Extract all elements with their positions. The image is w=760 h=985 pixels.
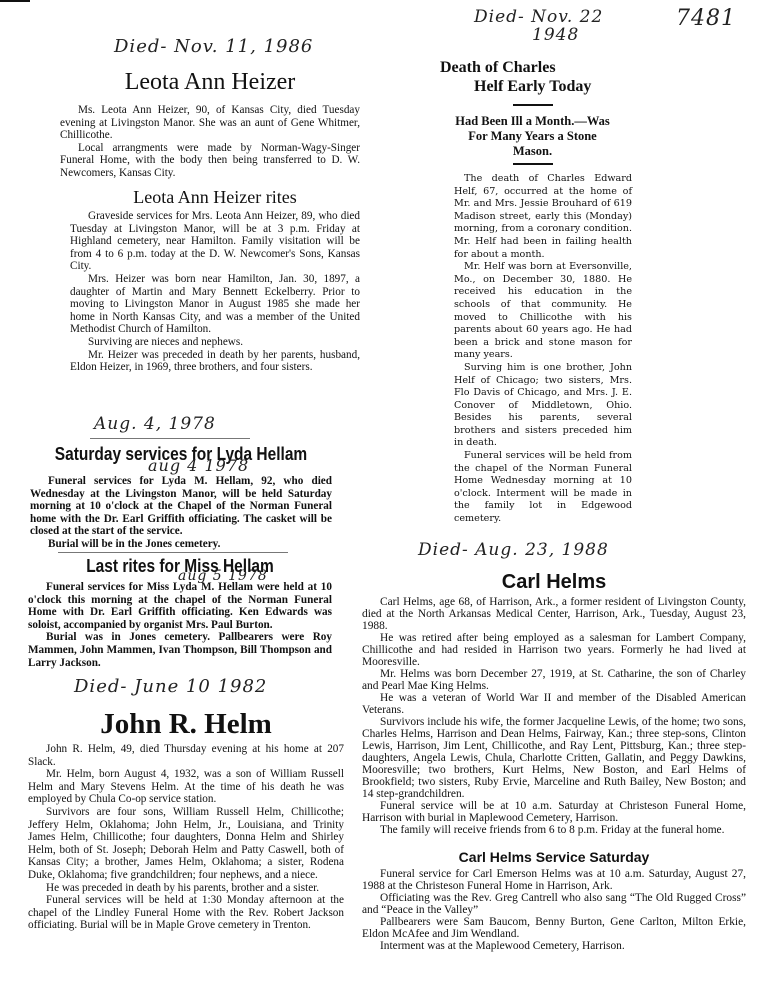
clipping-helms: Died- Aug. 23, 1988 Carl Helms Carl Helm… bbox=[362, 540, 746, 836]
divider bbox=[513, 104, 553, 106]
obituary-title: John R. Helm bbox=[28, 708, 344, 740]
divider bbox=[58, 552, 288, 553]
handwritten-date: Died- Aug. 23, 1988 bbox=[418, 540, 746, 564]
obituary-paragraph: Officiating was the Rev. Greg Cantrell w… bbox=[362, 892, 746, 916]
clipping-helms-service: Carl Helms Service Saturday Funeral serv… bbox=[362, 848, 746, 952]
clipping-heizer-rites: Leota Ann Heizer rites Graveside service… bbox=[70, 186, 360, 374]
scan-corner-mark bbox=[0, 0, 30, 2]
handwritten-year: 1948 bbox=[532, 26, 625, 44]
obituary-paragraph: Mr. Helms was born December 27, 1919, at… bbox=[362, 668, 746, 692]
obituary-paragraph: Mrs. Heizer was born near Hamilton, Jan.… bbox=[70, 273, 360, 336]
obituary-title: Leota Ann Heizer bbox=[60, 68, 360, 96]
obituary-paragraph: Burial will be in the Jones cemetery. bbox=[30, 538, 332, 551]
obituary-paragraph: Local arrangments were made by Norman-Wa… bbox=[60, 142, 360, 180]
obituary-title: Leota Ann Heizer rites bbox=[70, 186, 360, 208]
clipping-hellam-rites: Last rites for Miss Hellam aug 5 1978 Fu… bbox=[28, 552, 332, 669]
clipping-hellam: Aug. 4, 1978 Saturday services for Lyda … bbox=[30, 414, 332, 551]
obituary-title-line-1: Death of Charles bbox=[440, 58, 625, 77]
obituary-paragraph: Survivors include his wife, the former J… bbox=[362, 716, 746, 800]
obituary-paragraph: Graveside services for Mrs. Leota Ann He… bbox=[70, 210, 360, 273]
obituary-paragraph: Funeral service will be at 10 a.m. Satur… bbox=[362, 800, 746, 824]
clipping-heizer: Died- Nov. 11, 1986 Leota Ann Heizer Ms.… bbox=[60, 36, 360, 180]
handwritten-date: Aug. 4, 1978 bbox=[94, 414, 332, 438]
obituary-paragraph: Funeral services will be held from the c… bbox=[454, 450, 632, 526]
handwritten-date: Died- Nov. 11, 1986 bbox=[114, 36, 360, 62]
obituary-paragraph: Surviving are nieces and nephews. bbox=[70, 336, 360, 349]
clipping-helf: Died- Nov. 22 1948 Death of Charles Helf… bbox=[440, 8, 625, 526]
obituary-paragraph: John R. Helm, 49, died Thursday evening … bbox=[28, 743, 344, 768]
obituary-paragraph: He was retired after being employed as a… bbox=[362, 632, 746, 668]
divider bbox=[90, 438, 250, 439]
obituary-paragraph: The family will receive friends from 6 t… bbox=[362, 824, 746, 836]
obituary-paragraph: Carl Helms, age 68, of Harrison, Ark., a… bbox=[362, 596, 746, 632]
obituary-paragraph: He was preceded in death by his parents,… bbox=[28, 882, 344, 895]
clipping-helm: Died- June 10 1982 John R. Helm John R. … bbox=[28, 676, 344, 932]
obituary-title-line-2: Helf Early Today bbox=[440, 77, 625, 96]
handwritten-date: Died- Nov. 22 bbox=[474, 8, 625, 26]
obituary-title: Carl Helms Service Saturday bbox=[362, 848, 746, 866]
page-number-handwritten: 7481 bbox=[676, 6, 736, 31]
obituary-paragraph: Funeral services will be held at 1:30 Mo… bbox=[28, 894, 344, 932]
obituary-paragraph: He was a veteran of World War II and mem… bbox=[362, 692, 746, 716]
obituary-paragraph: Survivors are four sons, William Russell… bbox=[28, 806, 344, 882]
divider bbox=[513, 163, 553, 165]
obituary-paragraph: Funeral service for Carl Emerson Helms w… bbox=[362, 868, 746, 892]
obituary-paragraph: The death of Charles Edward Helf, 67, oc… bbox=[454, 173, 632, 261]
obituary-paragraph: Mr. Helm, born August 4, 1932, was a son… bbox=[28, 768, 344, 806]
obituary-paragraph: Burial was in Jones cemetery. Pallbearer… bbox=[28, 631, 332, 669]
handwritten-date: Died- June 10 1982 bbox=[74, 676, 344, 702]
obituary-title: Carl Helms bbox=[362, 570, 746, 594]
handwritten-date: aug 5 1978 bbox=[178, 568, 268, 584]
obituary-paragraph: Mr. Helf was born at Eversonville, Mo., … bbox=[454, 261, 632, 362]
obituary-paragraph: Mr. Heizer was preceded in death by her … bbox=[70, 349, 360, 374]
obituary-paragraph: Funeral services for Miss Lyda M. Hellam… bbox=[28, 581, 332, 631]
obituary-paragraph: Pallbearers were Sam Baucom, Benny Burto… bbox=[362, 916, 746, 940]
obituary-subtitle-line-3: Mason. bbox=[440, 144, 625, 159]
obituary-subtitle-line-1: Had Been Ill a Month.—Was bbox=[440, 114, 625, 129]
handwritten-date-2: aug 4 1978 bbox=[148, 456, 249, 475]
obituary-paragraph: Funeral services for Lyda M. Hellam, 92,… bbox=[30, 475, 332, 538]
obituary-paragraph: Ms. Leota Ann Heizer, 90, of Kansas City… bbox=[60, 104, 360, 142]
obituary-subtitle-line-2: For Many Years a Stone bbox=[440, 129, 625, 144]
obituary-paragraph: Interment was at the Maplewood Cemetery,… bbox=[362, 940, 746, 952]
obituary-paragraph: Surving him is one brother, John Helf of… bbox=[454, 362, 632, 450]
